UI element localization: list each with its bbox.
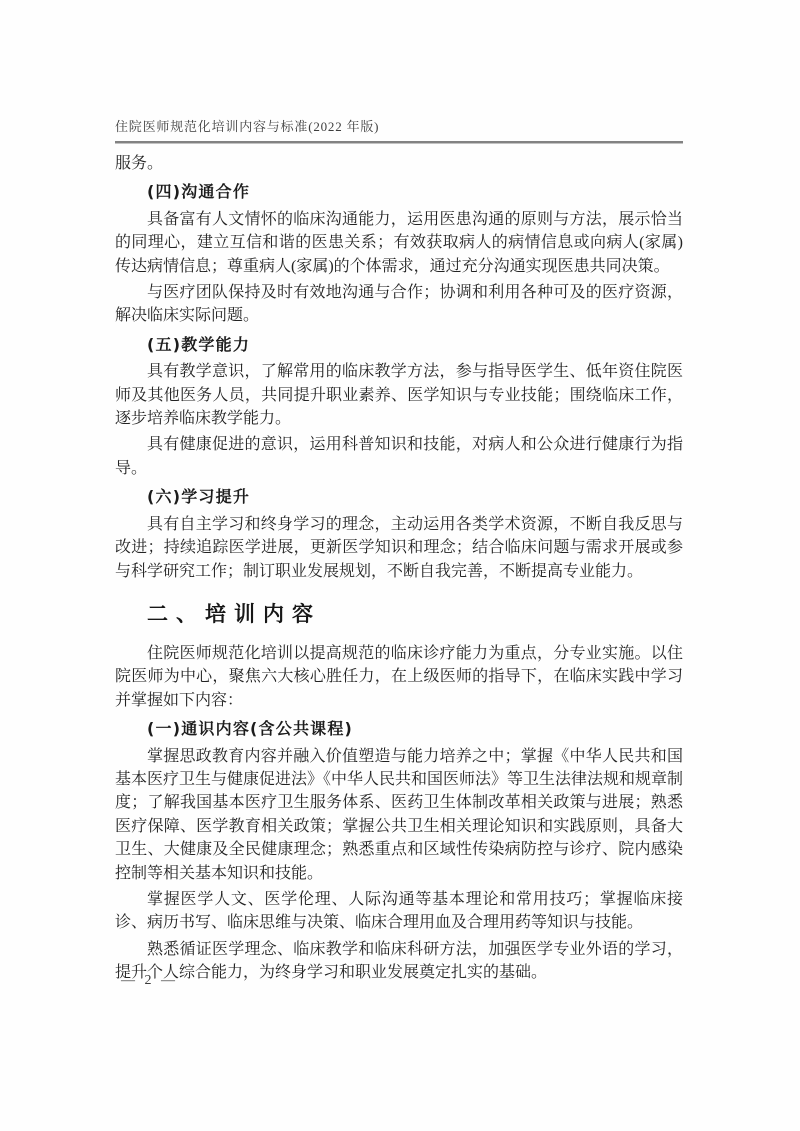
paragraph-teaching-2: 具有健康促进的意识，运用科普知识和技能，对病人和公众进行健康行为指导。 <box>115 433 683 480</box>
header-rule <box>115 141 683 143</box>
paragraph-communication-2: 与医疗团队保持及时有效地沟通与合作；协调和利用各种可及的医疗资源，解决临床实际问… <box>115 281 683 328</box>
page-body: 服务。 (四)沟通合作 具备富有人文情怀的临床沟通能力，运用医患沟通的原则与方法… <box>115 152 683 988</box>
paragraph-continuation: 服务。 <box>115 152 683 175</box>
page-number: — 2 — <box>121 973 178 989</box>
paragraph-training-intro: 住院医师规范化培训以提高规范的临床诊疗能力为重点，分专业实施。以住院医师为中心，… <box>115 642 683 712</box>
heading-general-content: (一)通识内容(含公共课程) <box>115 717 683 740</box>
paragraph-general-2: 掌握医学人文、医学伦理、人际沟通等基本理论和常用技巧；掌握临床接诊、病历书写、临… <box>115 888 683 935</box>
paragraph-communication-1: 具备富有人文情怀的临床沟通能力，运用医患沟通的原则与方法，展示恰当的同理心，建立… <box>115 208 683 278</box>
paragraph-learning: 具有自主学习和终身学习的理念，主动运用各类学术资源，不断自我反思与改进；持续追踪… <box>115 513 683 583</box>
running-header-title: 住院医师规范化培训内容与标准(2022 年版) <box>115 116 683 135</box>
paragraph-general-1: 掌握思政教育内容并融入价值塑造与能力培养之中；掌握《中华人民共和国基本医疗卫生与… <box>115 745 683 885</box>
heading-communication-cooperation: (四)沟通合作 <box>115 180 683 203</box>
section-heading-training-content: 二、培训内容 <box>115 600 683 628</box>
paragraph-general-3: 熟悉循证医学理念、临床教学和临床科研方法，加强医学专业外语的学习，提升个人综合能… <box>115 938 683 985</box>
document-page: 住院医师规范化培训内容与标准(2022 年版) 服务。 (四)沟通合作 具备富有… <box>0 0 800 1131</box>
heading-teaching-ability: (五)教学能力 <box>115 333 683 356</box>
paragraph-teaching-1: 具有教学意识，了解常用的临床教学方法，参与指导医学生、低年资住院医师及其他医务人… <box>115 360 683 430</box>
heading-learning-improvement: (六)学习提升 <box>115 485 683 508</box>
